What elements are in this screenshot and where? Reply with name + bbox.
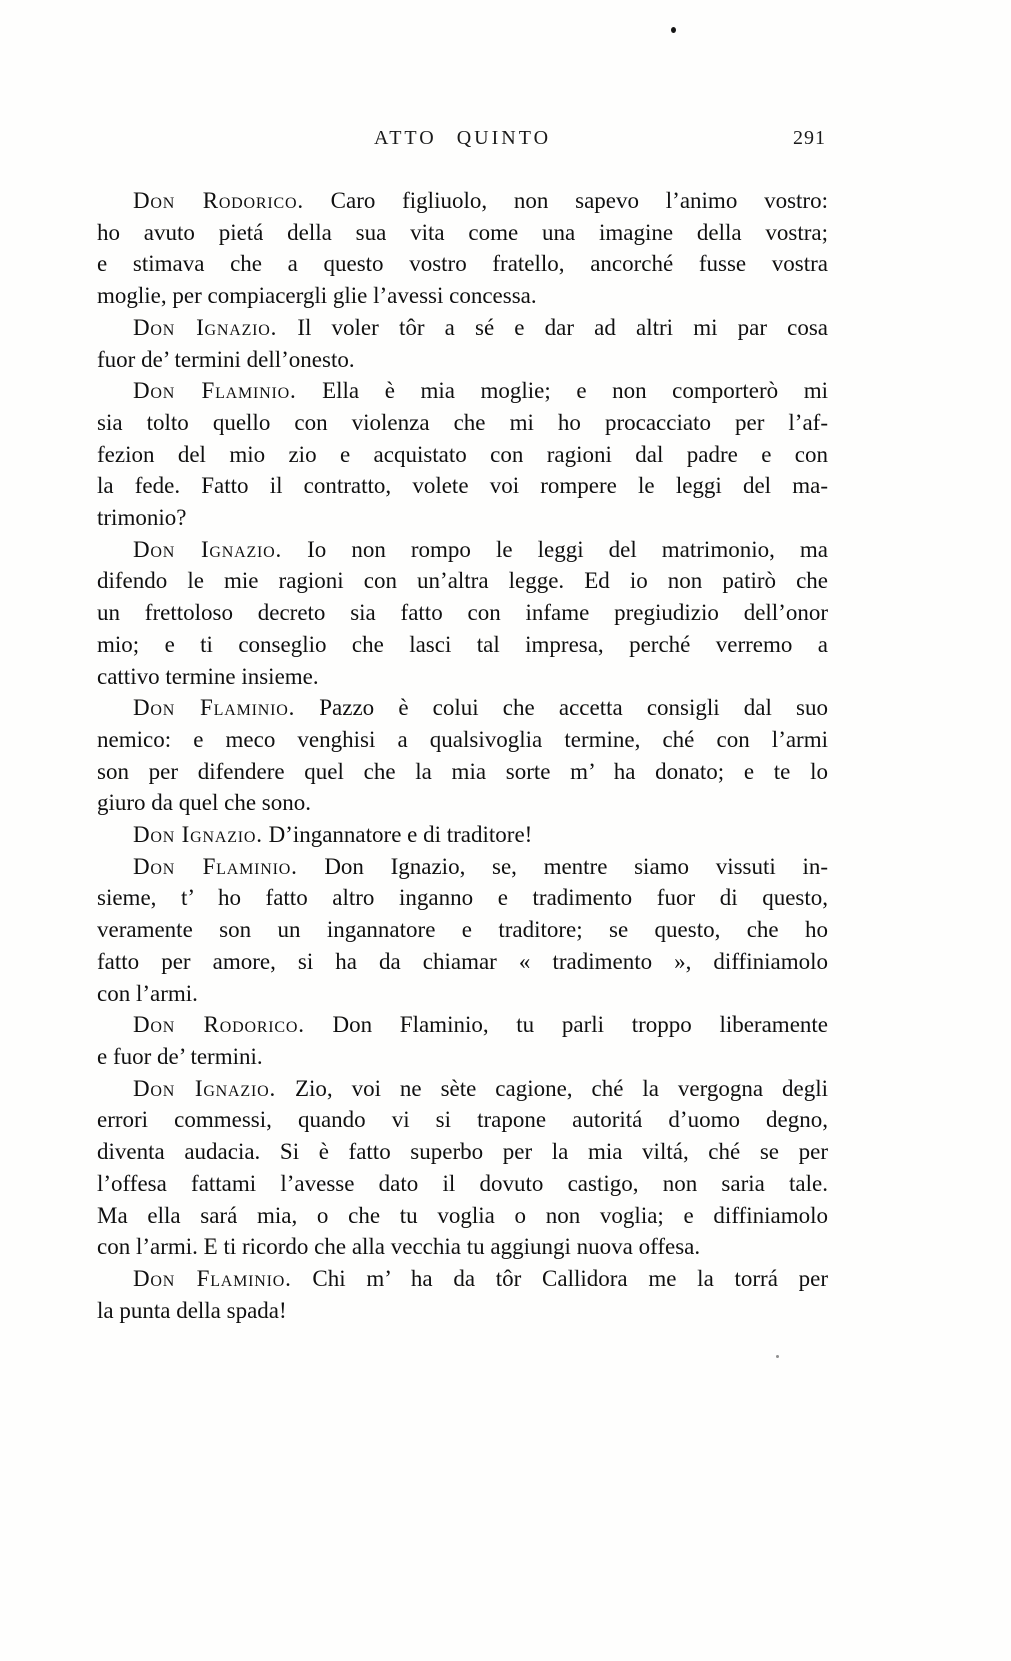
dialogue-paragraph: Don Ignazio. Zio, voi ne sète cagione, c… (97, 1073, 828, 1263)
text-line: un frettoloso decreto sia fatto con infa… (97, 597, 828, 629)
text-line: veramente son un ingannatore e traditore… (97, 914, 828, 946)
text-line: diventa audacia. Si è fatto superbo per … (97, 1136, 828, 1168)
text-line: son per difendere quel che la mia sorte … (97, 756, 828, 788)
text-line: la punta della spada! (97, 1295, 828, 1327)
text-line: Don Flaminio. Don Ignazio, se, mentre si… (97, 851, 828, 883)
text-line: fezion del mio zio e acquistato con ragi… (97, 439, 828, 471)
dialogue-paragraph: Don Flaminio. Pazzo è colui che accetta … (97, 692, 828, 819)
text-line: Don Flaminio. Pazzo è colui che accetta … (97, 692, 828, 724)
speaker-name: Don Flaminio. (133, 378, 297, 403)
page-header: ATTO QUINTO 291 (97, 126, 828, 152)
dialogue-paragraph: Don Flaminio. Don Ignazio, se, mentre si… (97, 851, 828, 1010)
speaker-name: Don Ignazio. (133, 1076, 276, 1101)
text-line: Don Ignazio. Il voler tôr a sé e dar ad … (97, 312, 828, 344)
text-block: Don Rodorico. Caro figliuolo, non sapevo… (97, 185, 828, 1326)
text-line: Don Flaminio. Ella è mia moglie; e non c… (97, 375, 828, 407)
speaker-name: Don Ignazio. (133, 315, 277, 340)
text-line: difendo le mie ragioni con un’altra legg… (97, 565, 828, 597)
text-line: con l’armi. (97, 978, 828, 1010)
dialogue-paragraph: Don Rodorico. Don Flaminio, tu parli tro… (97, 1009, 828, 1072)
text-line: fuor de’ termini dell’onesto. (97, 344, 828, 376)
text-line: Don Rodorico. Caro figliuolo, non sapevo… (97, 185, 828, 217)
speaker-name: Don Flaminio. (133, 1266, 292, 1291)
dialogue-paragraph: Don Ignazio. D’ingannatore e di traditor… (97, 819, 828, 851)
text-line: e stimava che a questo vostro fratello, … (97, 248, 828, 280)
text-line: cattivo termine insieme. (97, 661, 828, 693)
dialogue-paragraph: Don Rodorico. Caro figliuolo, non sapevo… (97, 185, 828, 312)
text-line: mio; e ti conseglio che lasci tal impres… (97, 629, 828, 661)
running-title: ATTO QUINTO (97, 126, 828, 150)
speaker-name: Don Rodorico. (133, 188, 304, 213)
text-line: Don Ignazio. Zio, voi ne sète cagione, c… (97, 1073, 828, 1105)
text-line: ho avuto pietá della sua vita come una i… (97, 217, 828, 249)
text-line: errori commessi, quando vi si trapone au… (97, 1104, 828, 1136)
speaker-name: Don Flaminio. (133, 695, 295, 720)
text-line: trimonio? (97, 502, 828, 534)
page-number: 291 (793, 126, 826, 150)
dialogue-paragraph: Don Ignazio. Il voler tôr a sé e dar ad … (97, 312, 828, 375)
text-line: Ma ella sará mia, o che tu voglia o non … (97, 1200, 828, 1232)
text-line: Don Ignazio. Io non rompo le leggi del m… (97, 534, 828, 566)
text-line: sieme, t’ ho fatto altro inganno e tradi… (97, 882, 828, 914)
speaker-name: Don Ignazio. (133, 537, 282, 562)
scan-speck (776, 1355, 779, 1358)
book-page: ATTO QUINTO 291 Don Rodorico. Caro figli… (0, 0, 1011, 1661)
text-line: sia tolto quello con violenza che mi ho … (97, 407, 828, 439)
scan-speck (671, 27, 676, 33)
dialogue-paragraph: Don Flaminio. Ella è mia moglie; e non c… (97, 375, 828, 534)
text-line: la fede. Fatto il contratto, volete voi … (97, 470, 828, 502)
text-line: giuro da quel che sono. (97, 787, 828, 819)
text-line: Don Flaminio. Chi m’ ha da tôr Callidora… (97, 1263, 828, 1295)
speaker-name: Don Flaminio. (133, 854, 298, 879)
dialogue-paragraph: Don Ignazio. Io non rompo le leggi del m… (97, 534, 828, 693)
text-line: Don Ignazio. D’ingannatore e di traditor… (97, 819, 828, 851)
text-line: nemico: e meco venghisi a qualsivoglia t… (97, 724, 828, 756)
dialogue-paragraph: Don Flaminio. Chi m’ ha da tôr Callidora… (97, 1263, 828, 1326)
text-line: con l’armi. E ti ricordo che alla vecchi… (97, 1231, 828, 1263)
text-line: moglie, per compiacergli glie l’avessi c… (97, 280, 828, 312)
text-line: e fuor de’ termini. (97, 1041, 828, 1073)
text-line: Don Rodorico. Don Flaminio, tu parli tro… (97, 1009, 828, 1041)
speaker-name: Don Rodorico. (133, 1012, 305, 1037)
speaker-name: Don Ignazio. (133, 822, 263, 847)
text-line: fatto per amore, si ha da chiamar « trad… (97, 946, 828, 978)
text-line: l’offesa fattami l’avesse dato il dovuto… (97, 1168, 828, 1200)
